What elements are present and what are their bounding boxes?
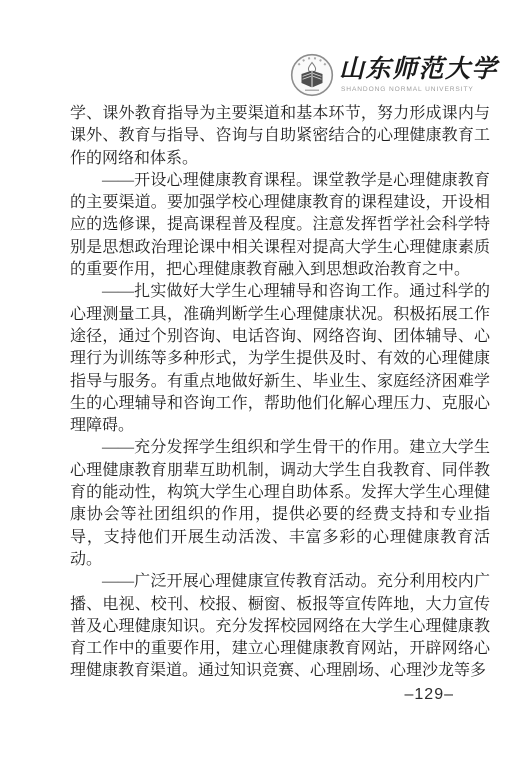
university-logo: 山东师范大学 SHANDONG NORMAL UNIVERSITY: [290, 53, 498, 97]
body-paragraph-student-orgs: ——充分发挥学生组织和学生骨干的作用。建立大学生心理健康教育朋辈互助机制，调动大…: [70, 437, 490, 571]
document-body: 学、课外教育指导为主要渠道和基本环节，努力形成课内与课外、教育与指导、咨询与自助…: [70, 103, 490, 683]
body-paragraph-publicity: ——广泛开展心理健康宣传教育活动。充分利用校内广播、电视、校刊、校报、橱窗、板报…: [70, 571, 490, 682]
body-paragraph-continuation: 学、课外教育指导为主要渠道和基本环节，努力形成课内与课外、教育与指导、咨询与自助…: [70, 103, 490, 170]
university-seal-icon: [290, 53, 334, 97]
page-number: –129–: [405, 686, 455, 704]
university-name-zh: 山东师范大学: [339, 57, 498, 83]
body-paragraph-counseling: ——扎实做好大学生心理辅导和咨询工作。通过科学的心理测量工具，准确判断学生心理健…: [70, 281, 490, 437]
document-page: 山东师范大学 SHANDONG NORMAL UNIVERSITY 学、课外教育…: [0, 0, 525, 768]
body-paragraph-courses: ——开设心理健康教育课程。课堂教学是心理健康教育的主要渠道。要加强学校心理健康教…: [70, 170, 490, 281]
university-name-block: 山东师范大学 SHANDONG NORMAL UNIVERSITY: [339, 57, 498, 93]
university-name-en: SHANDONG NORMAL UNIVERSITY: [341, 86, 474, 93]
